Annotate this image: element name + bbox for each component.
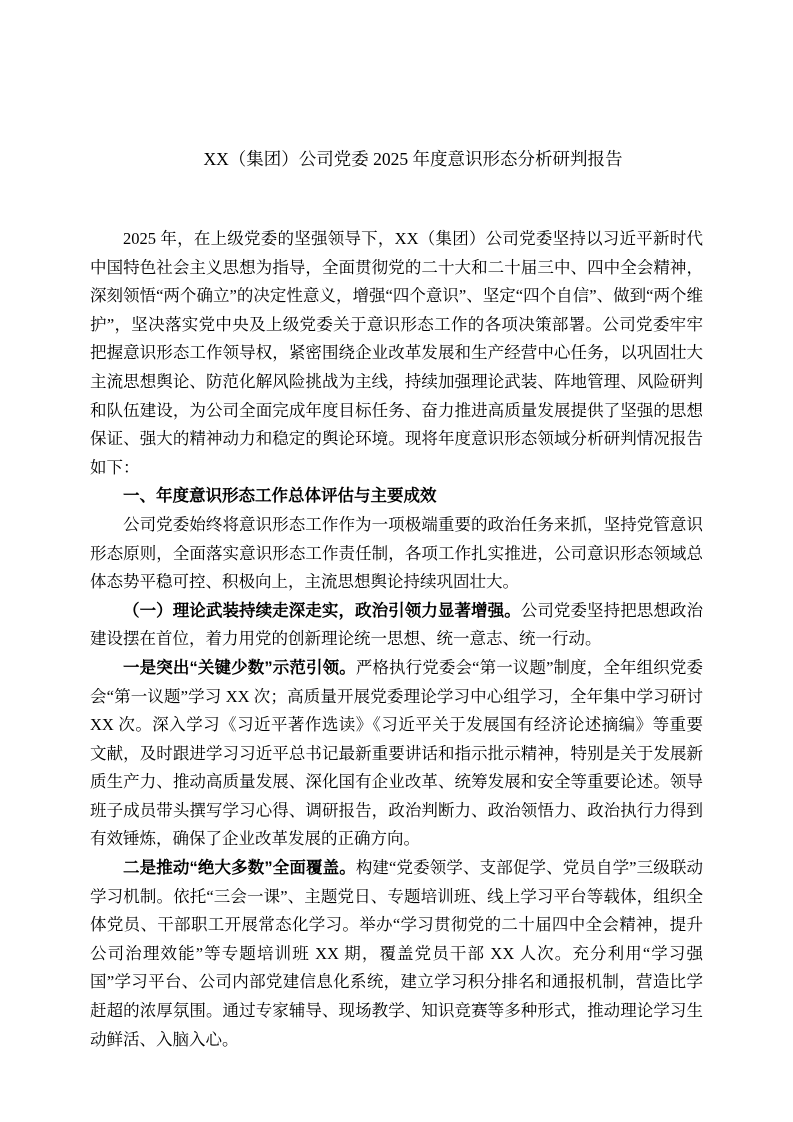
section-heading-1: 一、年度意识形态工作总体评估与主要成效 [90, 482, 703, 511]
paragraph-subsection-1: （一）理论武装持续走深走实，政治引领力显著增强。公司党委坚持把思想政治建设摆在首… [90, 597, 703, 654]
document-title: XX（集团）公司党委 2025 年度意识形态分析研判报告 [90, 144, 703, 174]
paragraph-point-1: 一是突出“关键少数”示范引领。严格执行党委会“第一议题”制度，全年组织党委会“第… [90, 654, 703, 854]
document-page: XX（集团）公司党委 2025 年度意识形态分析研判报告 2025 年，在上级党… [0, 0, 793, 1122]
paragraph-point-1-lead: 一是突出“关键少数”示范引领。 [123, 659, 356, 677]
paragraph-point-2-lead: 二是推动“绝大多数”全面覆盖。 [123, 859, 356, 877]
paragraph-overview: 公司党委始终将意识形态工作作为一项极端重要的政治任务来抓，坚持党管意识形态原则，… [90, 511, 703, 597]
paragraph-point-2-text: 构建“党委领学、支部促学、党员自学”三级联动学习机制。依托“三会一课”、主题党日… [90, 858, 703, 1049]
paragraph-point-1-text: 严格执行党委会“第一议题”制度，全年组织党委会“第一议题”学习 XX 次；高质量… [90, 658, 703, 849]
paragraph-subsection-1-lead: （一）理论武装持续走深走实，政治引领力显著增强。 [123, 602, 521, 620]
paragraph-point-2: 二是推动“绝大多数”全面覆盖。构建“党委领学、支部促学、党员自学”三级联动学习机… [90, 854, 703, 1054]
paragraph-intro: 2025 年，在上级党委的坚强领导下，XX（集团）公司党委坚持以习近平新时代中国… [90, 225, 703, 482]
